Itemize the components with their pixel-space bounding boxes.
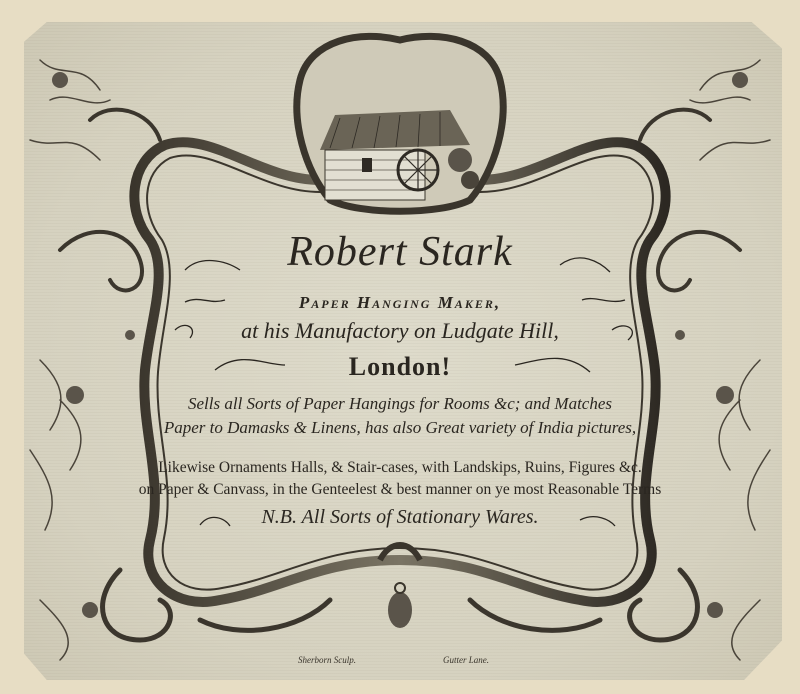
engraver-signature: Sherborn Sculp. — [298, 655, 356, 665]
description-line-3: Likewise Ornaments Halls, & Stair-cases,… — [0, 459, 800, 477]
address-line: at his Manufactory on Ludgate Hill, — [0, 318, 800, 344]
merchant-name: Robert Stark — [0, 228, 800, 276]
city-name: London! — [0, 352, 800, 382]
watermill-vignette — [297, 36, 503, 211]
trade-title: Paper Hanging Maker, — [0, 293, 800, 313]
nota-bene-line: N.B. All Sorts of Stationary Wares. — [0, 506, 800, 529]
imprint-location: Gutter Lane. — [443, 655, 489, 665]
description-line-1: Sells all Sorts of Paper Hangings for Ro… — [0, 394, 800, 414]
description-line-2: Paper to Damasks & Linens, has also Grea… — [0, 418, 800, 438]
rococo-cartouche-frame — [0, 0, 800, 694]
description-line-4: on Paper & Canvass, in the Genteelest & … — [0, 481, 800, 499]
